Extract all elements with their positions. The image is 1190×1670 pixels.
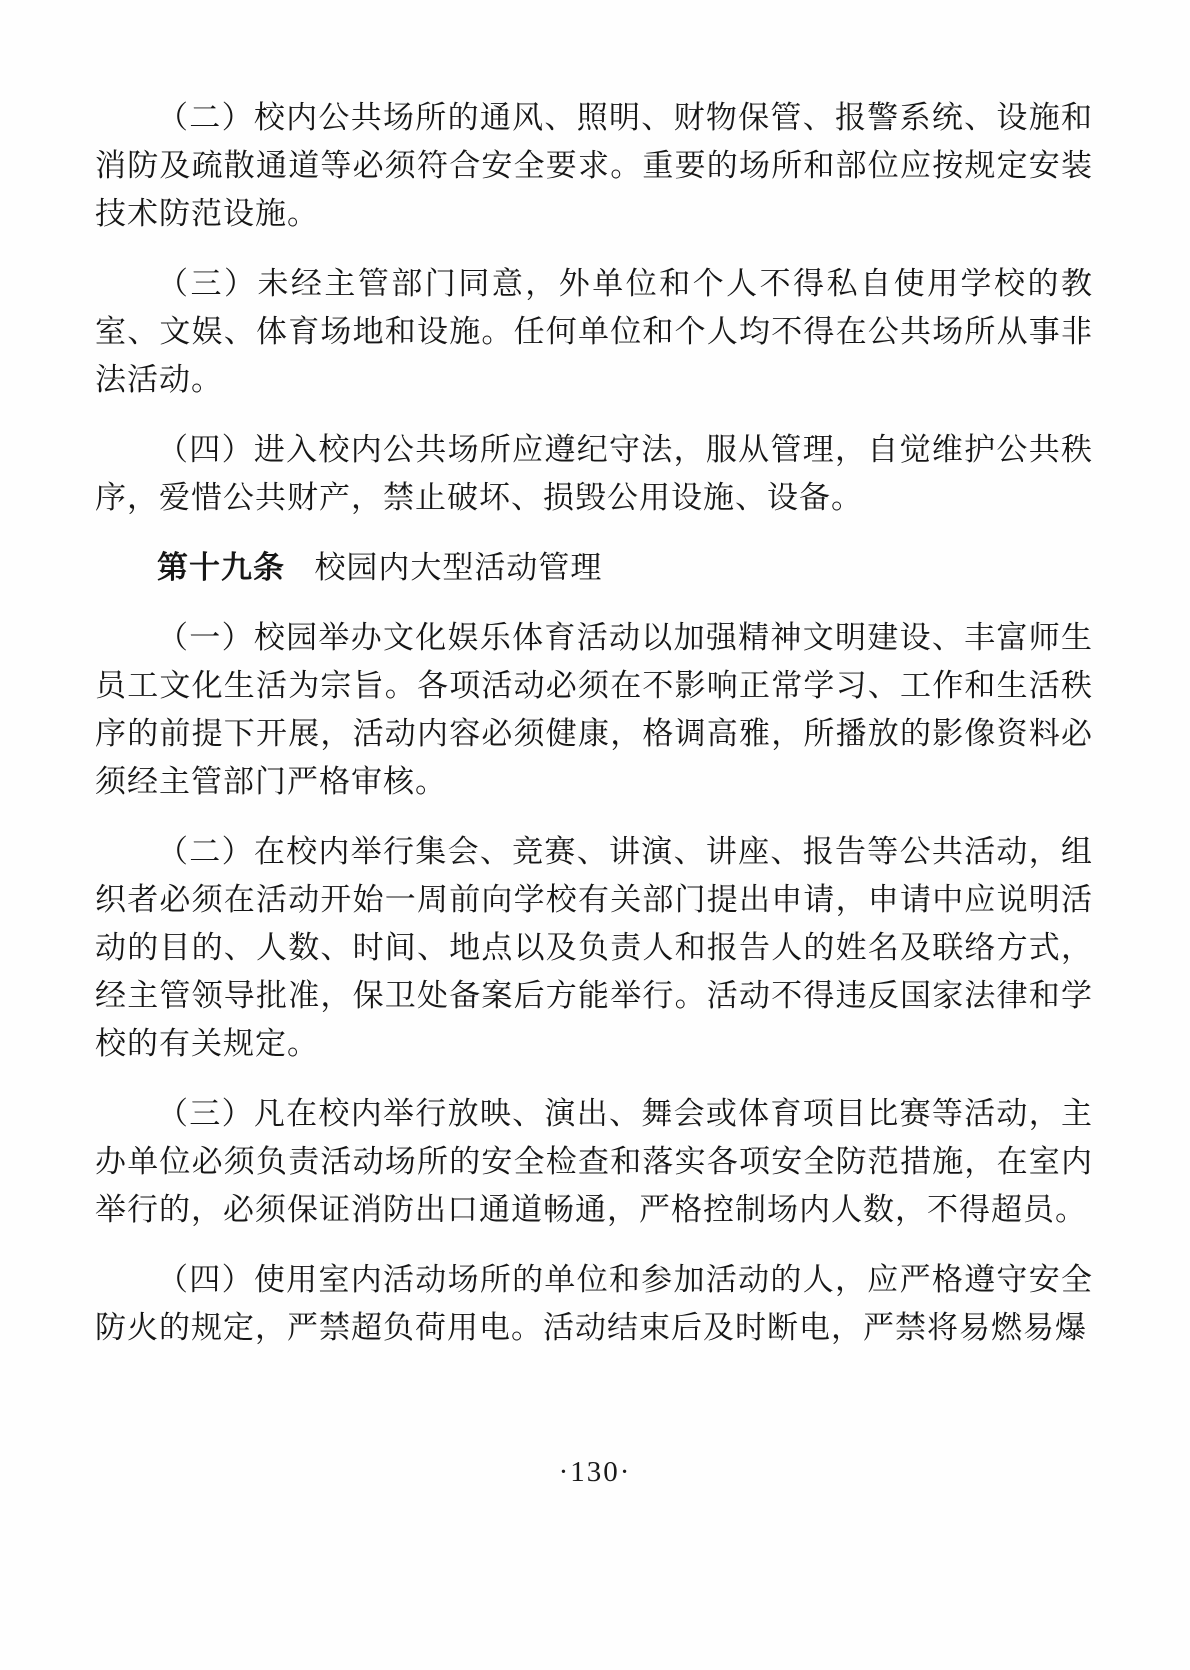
article-paragraph-2: （二）在校内举行集会、竞赛、讲演、讲座、报告等公共活动，组织者必须在活动开始一周… [95,828,1093,1068]
article-paragraph-1: （一）校园举办文化娱乐体育活动以加强精神文明建设、丰富师生员工文化生活为宗旨。各… [95,614,1093,806]
article-paragraph-4: （四）使用室内活动场所的单位和参加活动的人，应严格遵守安全防火的规定，严禁超负荷… [95,1256,1093,1352]
document-page: （二）校内公共场所的通风、照明、财物保管、报警系统、设施和消防及疏散通道等必须符… [0,0,1190,1670]
paragraph-item-2: （二）校内公共场所的通风、照明、财物保管、报警系统、设施和消防及疏散通道等必须符… [95,94,1093,238]
article-paragraph-3: （三）凡在校内举行放映、演出、舞会或体育项目比赛等活动，主办单位必须负责活动场所… [95,1090,1093,1234]
page-number: ·130· [559,1456,632,1488]
article-number: 第十九条 [157,550,285,585]
article-title: 校园内大型活动管理 [314,550,602,585]
page-footer: ·130· [0,1456,1190,1489]
document-body: （二）校内公共场所的通风、照明、财物保管、报警系统、设施和消防及疏散通道等必须符… [95,94,1093,1374]
article-heading: 第十九条校园内大型活动管理 [95,544,1093,592]
paragraph-item-3: （三）未经主管部门同意，外单位和个人不得私自使用学校的教室、文娱、体育场地和设施… [95,260,1093,404]
paragraph-item-4: （四）进入校内公共场所应遵纪守法，服从管理，自觉维护公共秩序，爱惜公共财产，禁止… [95,426,1093,522]
